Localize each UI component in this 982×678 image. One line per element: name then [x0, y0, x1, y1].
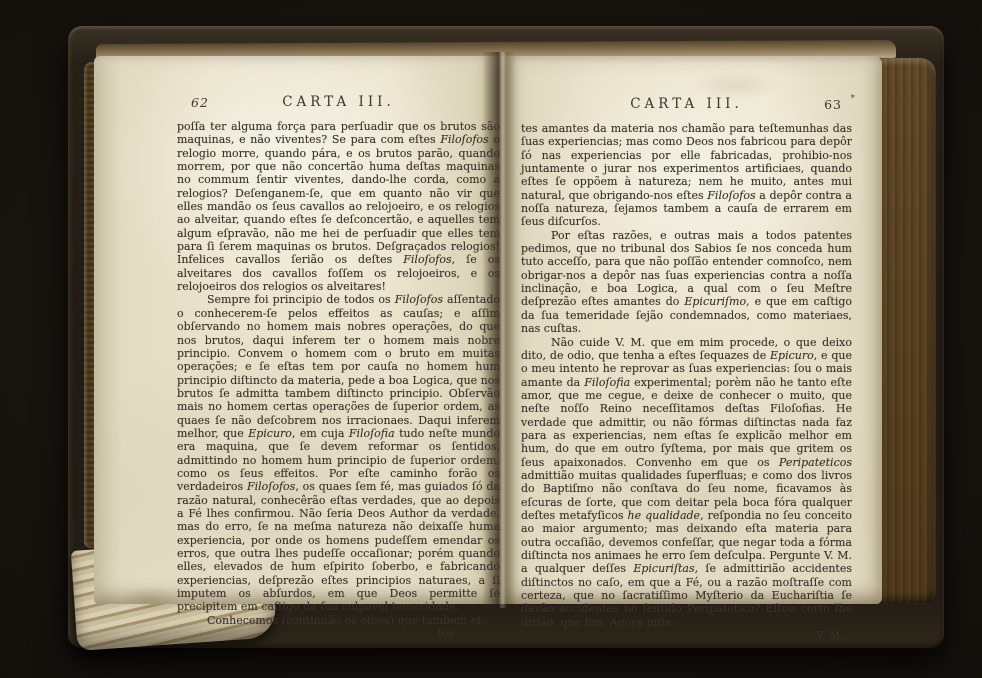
right-page-content: CARTA III. 63 * tes amantes da materia n…: [521, 96, 852, 620]
right-page-text: tes amantes da materia nos chamão para t…: [521, 122, 852, 629]
ink-mark: *: [851, 94, 857, 104]
page-paragraph: Sempre foi principio de todos os Filoſof…: [177, 293, 500, 613]
left-page-content: 62 CARTA III. poſſa ter alguma força par…: [177, 94, 500, 618]
page-paragraph: Conhecemos (continuão os olhos) que tamb…: [177, 614, 500, 627]
left-page-text: poſſa ter alguma força para perſuadir qu…: [177, 120, 500, 627]
running-title-left: CARTA III.: [177, 94, 500, 110]
page-stack-fore-edge-right: [876, 58, 936, 605]
running-title-right: CARTA III.: [521, 96, 852, 112]
right-page-header: CARTA III. 63 *: [521, 96, 852, 118]
catchword-left: tes: [177, 627, 500, 640]
page-number-left: 62: [191, 95, 209, 110]
page-number-right: 63: [824, 97, 842, 112]
book-scan: 62 CARTA III. poſſa ter alguma força par…: [0, 0, 982, 678]
page-paragraph: Não cuide V. M. que em mim procede, o qu…: [521, 336, 852, 630]
left-page-header: 62 CARTA III.: [177, 94, 500, 116]
catchword-right: V. M.: [521, 629, 852, 642]
page-paragraph: Por eſtas razões, e outras mais a todos …: [521, 229, 852, 336]
page-paragraph: poſſa ter alguma força para perſuadir qu…: [177, 120, 500, 293]
page-paragraph: tes amantes da materia nos chamão para t…: [521, 122, 852, 229]
